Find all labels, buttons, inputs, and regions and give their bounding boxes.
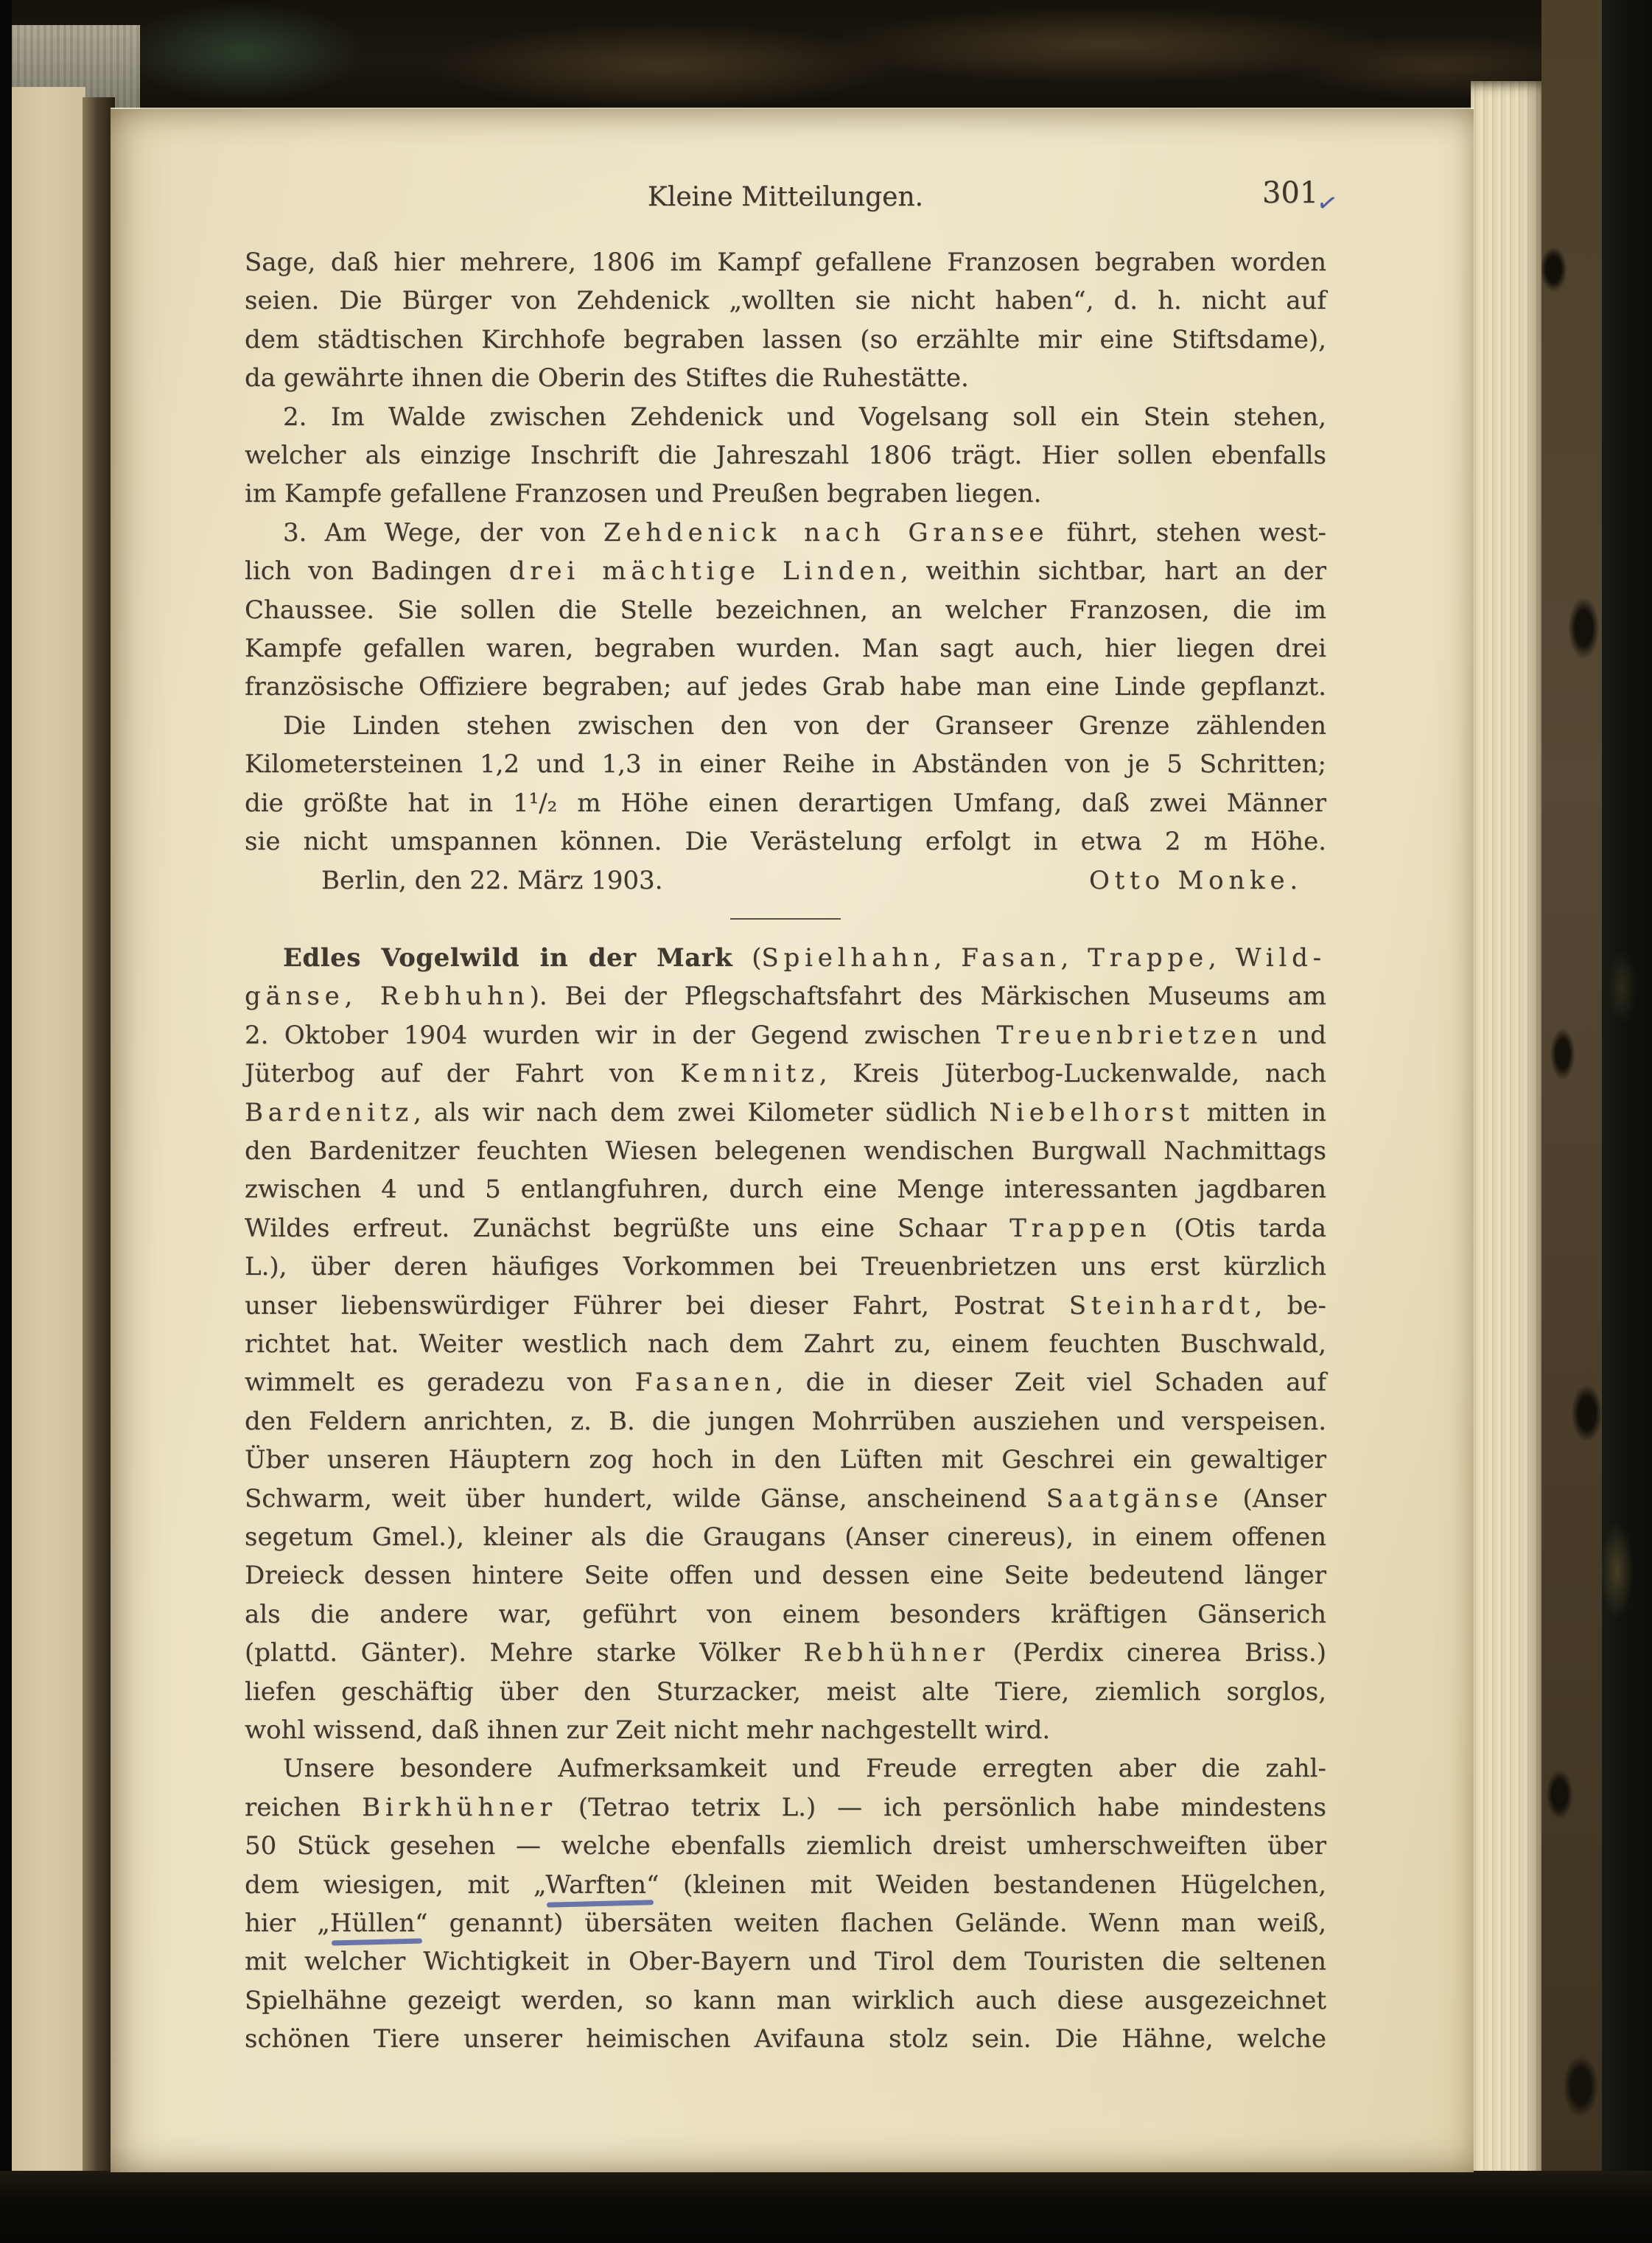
marbled-cover-edge [1541,0,1602,2243]
text-segment: im Kampfe gefallene Franzosen und Preuße… [245,479,1042,508]
text-line: 3. Am Wege, der von Zehdenick nach Grans… [245,514,1326,552]
text-line: liefen geschäftig über den Sturzacker, m… [245,1673,1326,1711]
page-number: 301 [1262,176,1318,210]
text-line: 50 Stück gesehen — welche ebenfalls ziem… [245,1827,1326,1865]
blue-underlined-word: Warften [545,1870,646,1900]
text-line: Berlin, den 22. März 1903.Otto Monke. [245,861,1326,900]
text-segment: (Perdix cinerea Briss.) [990,1638,1326,1668]
text-segment: welcher als einzige Inschrift die Jahres… [245,441,1326,470]
text-line: Spielhähne gezeigt werden, so kann man w… [245,1981,1326,2020]
text-segment: führt, stehen west- [1049,518,1326,547]
text-segment: Berlin, den 22. März 1903. [321,866,662,895]
text-line: Kampfe gefallen waren, begraben wurden. … [245,629,1326,668]
text-line: mit welcher Wichtigkeit in Ober-Bayern u… [245,1942,1326,1981]
text-segment: die größte hat in 1¹/₂ m Höhe einen dera… [245,788,1326,818]
text-segment: “ (kleinen mit Weiden bestandenen Hügelc… [646,1870,1326,1900]
letterspaced-word: drei mächtige Linden [509,556,900,586]
text-segment: segetum Gmel.), kleiner als die Graugans… [245,1522,1326,1552]
letterspaced-word: Zehdenick nach Gransee [603,518,1049,547]
text-segment: Spielhähne gezeigt werden, so kann man w… [245,1986,1326,2015]
text-line: L.), über deren häufiges Vorkommen bei T… [245,1248,1326,1286]
text-segment: , [1060,943,1088,973]
blue-underlined-word: Hüllen [330,1908,415,1938]
text-segment: Dreieck dessen hintere Seite offen und d… [245,1561,1326,1590]
text-segment: mit welcher Wichtigkeit in Ober-Bayern u… [245,1947,1326,1976]
text-segment: (Anser [1223,1484,1326,1514]
letterspaced-word: Saatgänse [1046,1484,1223,1514]
letterspaced-word: Treuenbrietzen [996,1021,1262,1050]
text-line: dem städtischen Kirchhofe begraben lasse… [245,321,1326,359]
text-segment: lich von Badingen [245,556,509,586]
text-line: Über unseren Häuptern zog hoch in den Lü… [245,1441,1326,1479]
text-line: wimmelt es geradezu von Fasanen, die in … [245,1363,1326,1402]
background-left-edge [0,0,12,2243]
text-segment: Chaussee. Sie sollen die Stelle bezeichn… [245,595,1326,625]
page-number-row: 301✓ [245,174,1340,214]
text-line: Kilometersteinen 1,2 und 1,3 in einer Re… [245,745,1326,783]
text-line: den Bardenitzer feuchten Wiesen belegene… [245,1132,1326,1170]
text-line: 2. Oktober 1904 wurden wir in der Gegend… [245,1016,1326,1054]
divider-rule [730,918,841,920]
text-segment: den Bardenitzer feuchten Wiesen belegene… [245,1136,1326,1166]
text-segment: hier „ [245,1908,330,1938]
text-segment: seien. Die Bürger von Zehdenick „wollten… [245,286,1326,315]
text-segment: 2. Oktober 1904 wurden wir in der Gegend… [245,1021,996,1050]
text-segment: Die Linden stehen zwischen den von der G… [283,711,1326,741]
letterspaced-word: Rebhühner [803,1638,990,1668]
author-signature: Otto Monke. [1051,861,1303,900]
text-segment: Schwarm, weit über hundert, wilde Gänse,… [245,1484,1046,1514]
text-line: schönen Tiere unserer heimischen Avifaun… [245,2020,1326,2058]
letterspaced-word: Niebelhorst [990,1098,1194,1127]
text-segment: Kampfe gefallen waren, begraben wurden. … [245,634,1326,663]
text-segment: da gewährte ihnen die Oberin des Stiftes… [245,363,969,393]
text-line: (plattd. Gänter). Mehre starke Völker Re… [245,1634,1326,1672]
text-segment: 50 Stück gesehen — welche ebenfalls ziem… [245,1831,1326,1861]
letterspaced-word: Steinhardt [1069,1291,1255,1320]
text-line: Jüterbog auf der Fahrt von Kemnitz, Krei… [245,1054,1326,1093]
text-segment: Wildes erfreut. Zunächst begrüßte uns ei… [245,1214,1009,1243]
book-cover-bottom-edge [0,2171,1652,2243]
text-segment: zwischen 4 und 5 entlangfuhren, durch ei… [245,1175,1326,1204]
letterspaced-word: Fasanen [635,1368,776,1397]
text-segment: Unsere besondere Aufmerksamkeit und Freu… [283,1754,1326,1783]
section-divider [245,900,1326,939]
text-segment: reichen [245,1793,362,1822]
text-line: lich von Badingen drei mächtige Linden, … [245,552,1326,590]
text-segment: dem wiesigen, mit „ [245,1870,545,1900]
text-segment: , Kreis Jüterbog-Luckenwalde, nach [819,1059,1326,1088]
text-line: unser liebenswürdiger Führer bei dieser … [245,1287,1326,1325]
letterspaced-word: Bardenitz [245,1098,413,1127]
text-line: Bardenitz, als wir nach dem zwei Kilomet… [245,1093,1326,1132]
text-segment: 2. Im Walde zwischen Zehdenick und Vogel… [283,402,1326,432]
letterspaced-word: Fasan [961,943,1060,973]
text-line: Sage, daß hier mehrere, 1806 im Kampf ge… [245,243,1326,281]
underlying-page-edge [10,87,85,2218]
text-line: zwischen 4 und 5 entlangfuhren, durch ei… [245,1170,1326,1208]
text-segment: wohl wissend, daß ihnen zur Zeit nicht m… [245,1715,1050,1745]
text-segment: 3. Am Wege, der von [283,518,603,547]
text-segment: (plattd. Gänter). Mehre starke Völker [245,1638,803,1668]
text-line: richtet hat. Weiter westlich nach dem Za… [245,1325,1326,1363]
text-segment: und [1262,1021,1326,1050]
text-segment: als die andere war, geführt von einem be… [245,1600,1326,1629]
text-segment: , die in dieser Zeit viel Schaden auf [775,1368,1326,1397]
letterspaced-word: Trappe [1088,943,1208,973]
text-line: seien. Die Bürger von Zehdenick „wollten… [245,281,1326,320]
text-segment: unser liebenswürdiger Führer bei dieser … [245,1291,1069,1320]
text-segment: den Feldern anrichten, z. B. die jungen … [245,1407,1326,1436]
book-cover-right [1602,0,1652,2243]
text-line: gänse, Rebhuhn). Bei der Pflegschaftsfah… [245,977,1326,1015]
text-line: segetum Gmel.), kleiner als die Graugans… [245,1518,1326,1556]
text-segment: , als wir nach dem zwei Kilometer südlic… [413,1098,990,1127]
letterspaced-word: Birkhühner [362,1793,557,1822]
book-cover-top-edge [0,0,1652,112]
letterspaced-word: Otto Monke. [1089,866,1303,895]
text-segment: französische Offiziere begraben; auf jed… [245,672,1326,701]
text-segment: L.), über deren häufiges Vorkommen bei T… [245,1252,1326,1281]
text-line: die größte hat in 1¹/₂ m Höhe einen dera… [245,784,1326,822]
text-segment: sie nicht umspannen können. Die Verästel… [245,827,1326,856]
text-line: Wildes erfreut. Zunächst begrüßte uns ei… [245,1209,1326,1248]
text-segment: ). Bei der Pflegschaftsfahrt des Märkisc… [530,981,1326,1011]
text-segment: Über unseren Häuptern zog hoch in den Lü… [245,1445,1326,1474]
text-line: 2. Im Walde zwischen Zehdenick und Vogel… [245,398,1326,436]
text-segment: (Otis tarda [1151,1214,1326,1243]
letterspaced-word: Spielhahn [761,943,934,973]
text-line: Die Linden stehen zwischen den von der G… [245,707,1326,745]
text-segment: richtet hat. Weiter westlich nach dem Za… [245,1329,1326,1359]
text-segment: , weithin sichtbar, hart an der [900,556,1326,586]
text-line: Dreieck dessen hintere Seite offen und d… [245,1556,1326,1595]
letterspaced-word: Wild- [1236,943,1326,973]
text-line: hier „Hüllen“ genannt) übersäten weiten … [245,1904,1326,1942]
text-line: dem wiesigen, mit „Warften“ (kleinen mit… [245,1866,1326,1904]
text-line: sie nicht umspannen können. Die Verästel… [245,822,1326,861]
text-segment: ( [732,943,761,973]
text-segment: , [934,943,962,973]
text-segment: , [1208,943,1236,973]
book-page: Kleine Mitteilungen. 301✓ Sage, daß hier… [111,109,1474,2172]
text-segment: “ genannt) übersäten weiten flachen Gelä… [415,1908,1326,1938]
text-segment: dem städtischen Kirchhofe begraben lasse… [245,325,1326,354]
text-segment: mitten in [1194,1098,1326,1127]
text-segment: Kilometersteinen 1,2 und 1,3 in einer Re… [245,749,1326,779]
letterspaced-word: Kemnitz [680,1059,819,1088]
text-line: Chaussee. Sie sollen die Stelle bezeichn… [245,591,1326,629]
bold-heading-text: Edles Vogelwild in der Mark [283,943,732,973]
text-line: reichen Birkhühner (Tetrao tetrix L.) — … [245,1788,1326,1827]
letterspaced-word: gänse, Rebhuhn [245,981,530,1011]
text-line: als die andere war, geführt von einem be… [245,1595,1326,1634]
text-segment: (Tetrao tetrix L.) — ich persönlich habe… [557,1793,1326,1822]
page-stack-fore-edge [1471,81,1543,2215]
text-segment: wimmelt es geradezu von [245,1368,635,1397]
text-segment: , be- [1254,1291,1326,1320]
body-text: Sage, daß hier mehrere, 1806 im Kampf ge… [245,243,1326,2059]
text-line: französische Offiziere begraben; auf jed… [245,668,1326,706]
text-segment: schönen Tiere unserer heimischen Avifaun… [245,2024,1326,2054]
text-line: im Kampfe gefallene Franzosen und Preuße… [245,475,1326,513]
text-segment: Jüterbog auf der Fahrt von [245,1059,680,1088]
text-line: Schwarm, weit über hundert, wilde Gänse,… [245,1480,1326,1518]
text-line: welcher als einzige Inschrift die Jahres… [245,436,1326,475]
dateline: Berlin, den 22. März 1903. [245,861,662,900]
scanned-book-photo: Kleine Mitteilungen. 301✓ Sage, daß hier… [0,0,1652,2243]
text-line: wohl wissend, daß ihnen zur Zeit nicht m… [245,1711,1326,1749]
text-segment: liefen geschäftig über den Sturzacker, m… [245,1677,1326,1707]
text-line: Unsere besondere Aufmerksamkeit und Freu… [245,1749,1326,1788]
text-line: den Feldern anrichten, z. B. die jungen … [245,1402,1326,1441]
letterspaced-word: Trappen [1009,1214,1151,1243]
text-line: da gewährte ihnen die Oberin des Stiftes… [245,359,1326,397]
text-line: Edles Vogelwild in der Mark (Spielhahn, … [245,939,1326,977]
text-segment: Sage, daß hier mehrere, 1806 im Kampf ge… [245,248,1326,277]
